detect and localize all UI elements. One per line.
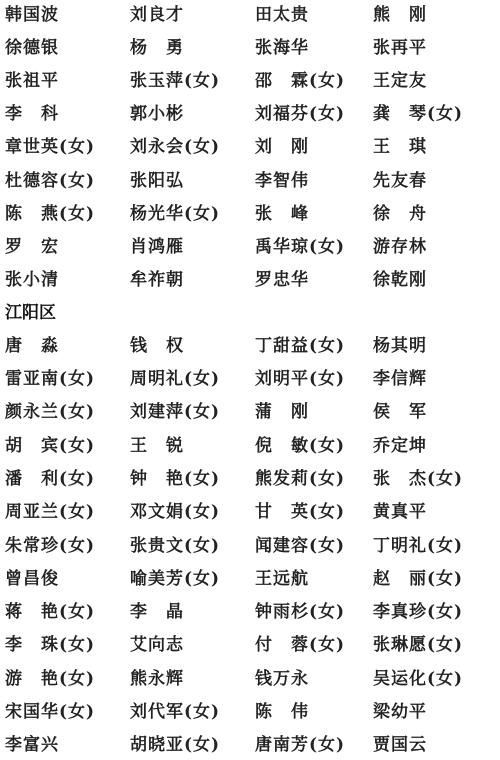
name-cell: 徐 舟: [373, 199, 427, 229]
name-list-page: 韩国波 刘良才 田太贵 熊 刚 徐德银 杨 勇 张海华 张再平 张祖平 张玉萍(…: [0, 0, 500, 760]
name-cell: 龚 琴(女): [373, 99, 463, 129]
name-cell: 王定友: [373, 66, 427, 96]
name-cell: 游存林: [373, 232, 427, 262]
name-cell: 胡晓亚(女): [130, 730, 220, 760]
name-cell: 邓文娟(女): [130, 497, 220, 527]
name-cell: 田太贵: [255, 0, 309, 30]
name-cell: 韩国波: [5, 0, 59, 30]
name-cell: 宋国华(女): [5, 697, 95, 727]
name-row: 朱常珍(女) 张贵文(女) 闻建容(女) 丁明礼(女): [0, 531, 500, 561]
name-cell: 周亚兰(女): [5, 497, 95, 527]
name-cell: 喻美芳(女): [130, 564, 220, 594]
name-row: 徐德银 杨 勇 张海华 张再平: [0, 33, 500, 63]
name-cell: 陈 燕(女): [5, 199, 95, 229]
name-row: 韩国波 刘良才 田太贵 熊 刚: [0, 0, 500, 30]
name-cell: 王 锐: [130, 431, 184, 461]
name-cell: 熊 刚: [373, 0, 427, 30]
name-cell: 张再平: [373, 33, 427, 63]
name-cell: 曾昌俊: [5, 564, 59, 594]
name-row: 李富兴 胡晓亚(女) 唐南芳(女) 贾国云: [0, 730, 500, 760]
name-cell: 熊发莉(女): [255, 464, 345, 494]
name-cell: 刘明平(女): [255, 364, 345, 394]
name-cell: 李真珍(女): [373, 597, 463, 627]
name-cell: 章世英(女): [5, 132, 95, 162]
name-cell: 禹华琼(女): [255, 232, 345, 262]
name-cell: 蒲 刚: [255, 397, 309, 427]
name-row: 陈 燕(女) 杨光华(女) 张 峰 徐 舟: [0, 199, 500, 229]
name-cell: 吴运化(女): [373, 664, 463, 694]
name-cell: 王远航: [255, 564, 309, 594]
name-cell: 侯 军: [373, 397, 427, 427]
name-row: 蒋 艳(女) 李 晶 钟雨杉(女) 李真珍(女): [0, 597, 500, 627]
name-cell: 邵 霖(女): [255, 66, 345, 96]
name-cell: 钟 艳(女): [130, 464, 220, 494]
name-cell: 先友春: [373, 166, 427, 196]
name-cell: 刘良才: [130, 0, 184, 30]
name-row: 李 科 郭小彬 刘福芬(女) 龚 琴(女): [0, 99, 500, 129]
name-cell: 闻建容(女): [255, 531, 345, 561]
name-row: 宋国华(女) 刘代军(女) 陈 伟 梁幼平: [0, 697, 500, 727]
name-row: 张祖平 张玉萍(女) 邵 霖(女) 王定友: [0, 66, 500, 96]
name-cell: 钱 权: [130, 331, 184, 361]
name-cell: 刘代军(女): [130, 697, 220, 727]
name-cell: 郭小彬: [130, 99, 184, 129]
name-cell: 张海华: [255, 33, 309, 63]
name-cell: 颜永兰(女): [5, 397, 95, 427]
name-cell: 张阳弘: [130, 166, 184, 196]
name-cell: 杨光华(女): [130, 199, 220, 229]
name-cell: 肖鸿雁: [130, 232, 184, 262]
name-cell: 付 蓉(女): [255, 630, 345, 660]
name-cell: 唐 淼: [5, 331, 59, 361]
name-row: 曾昌俊 喻美芳(女) 王远航 赵 丽(女): [0, 564, 500, 594]
name-cell: 李智伟: [255, 166, 309, 196]
name-cell: 熊永辉: [130, 664, 184, 694]
name-cell: 王 琪: [373, 132, 427, 162]
name-cell: 张琳愿(女): [373, 630, 463, 660]
name-cell: 唐南芳(女): [255, 730, 345, 760]
name-row: 胡 宾(女) 王 锐 倪 敏(女) 乔定坤: [0, 431, 500, 461]
name-cell: 潘 利(女): [5, 464, 95, 494]
name-cell: 张贵文(女): [130, 531, 220, 561]
name-cell: 游 艳(女): [5, 664, 95, 694]
name-row: 游 艳(女) 熊永辉 钱万永 吴运化(女): [0, 664, 500, 694]
name-cell: 丁甜益(女): [255, 331, 345, 361]
name-cell: 张祖平: [5, 66, 59, 96]
name-row: 颜永兰(女) 刘建萍(女) 蒲 刚 侯 军: [0, 397, 500, 427]
name-cell: 刘建萍(女): [130, 397, 220, 427]
name-cell: 丁明礼(女): [373, 531, 463, 561]
name-cell: 赵 丽(女): [373, 564, 463, 594]
name-cell: 徐德银: [5, 33, 59, 63]
name-cell: 李富兴: [5, 730, 59, 760]
name-cell: 朱常珍(女): [5, 531, 95, 561]
name-row: 李 珠(女) 艾向志 付 蓉(女) 张琳愿(女): [0, 630, 500, 660]
name-cell: 钟雨杉(女): [255, 597, 345, 627]
name-cell: 徐乾刚: [373, 265, 427, 295]
name-cell: 李 晶: [130, 597, 184, 627]
name-cell: 钱万永: [255, 664, 309, 694]
name-row: 罗 宏 肖鸿雁 禹华琼(女) 游存林: [0, 232, 500, 262]
section-title-jiangyang: 江阳区: [5, 298, 56, 328]
name-cell: 艾向志: [130, 630, 184, 660]
name-cell: 牟祚朝: [130, 265, 184, 295]
name-cell: 罗 宏: [5, 232, 59, 262]
name-cell: 刘永会(女): [130, 132, 220, 162]
name-row: 张小清 牟祚朝 罗忠华 徐乾刚: [0, 265, 500, 295]
name-cell: 罗忠华: [255, 265, 309, 295]
name-row: 潘 利(女) 钟 艳(女) 熊发莉(女) 张 杰(女): [0, 464, 500, 494]
name-cell: 甘 英(女): [255, 497, 345, 527]
name-row: 杜德容(女) 张阳弘 李智伟 先友春: [0, 166, 500, 196]
name-cell: 李 珠(女): [5, 630, 95, 660]
name-cell: 张 峰: [255, 199, 309, 229]
name-cell: 周明礼(女): [130, 364, 220, 394]
name-row: 雷亚南(女) 周明礼(女) 刘明平(女) 李信辉: [0, 364, 500, 394]
name-cell: 蒋 艳(女): [5, 597, 95, 627]
name-cell: 胡 宾(女): [5, 431, 95, 461]
name-row: 章世英(女) 刘永会(女) 刘 刚 王 琪: [0, 132, 500, 162]
name-cell: 张小清: [5, 265, 59, 295]
name-cell: 雷亚南(女): [5, 364, 95, 394]
name-cell: 陈 伟: [255, 697, 309, 727]
name-cell: 杨其明: [373, 331, 427, 361]
name-row: 周亚兰(女) 邓文娟(女) 甘 英(女) 黄真平: [0, 497, 500, 527]
name-cell: 李信辉: [373, 364, 427, 394]
name-cell: 刘 刚: [255, 132, 309, 162]
name-cell: 杜德容(女): [5, 166, 95, 196]
name-cell: 乔定坤: [373, 431, 427, 461]
name-cell: 张 杰(女): [373, 464, 463, 494]
name-cell: 李 科: [5, 99, 59, 129]
name-cell: 张玉萍(女): [130, 66, 220, 96]
name-cell: 贾国云: [373, 730, 427, 760]
name-cell: 梁幼平: [373, 697, 427, 727]
name-cell: 倪 敏(女): [255, 431, 345, 461]
name-cell: 黄真平: [373, 497, 427, 527]
name-cell: 杨 勇: [130, 33, 184, 63]
name-cell: 刘福芬(女): [255, 99, 345, 129]
name-row: 唐 淼 钱 权 丁甜益(女) 杨其明: [0, 331, 500, 361]
